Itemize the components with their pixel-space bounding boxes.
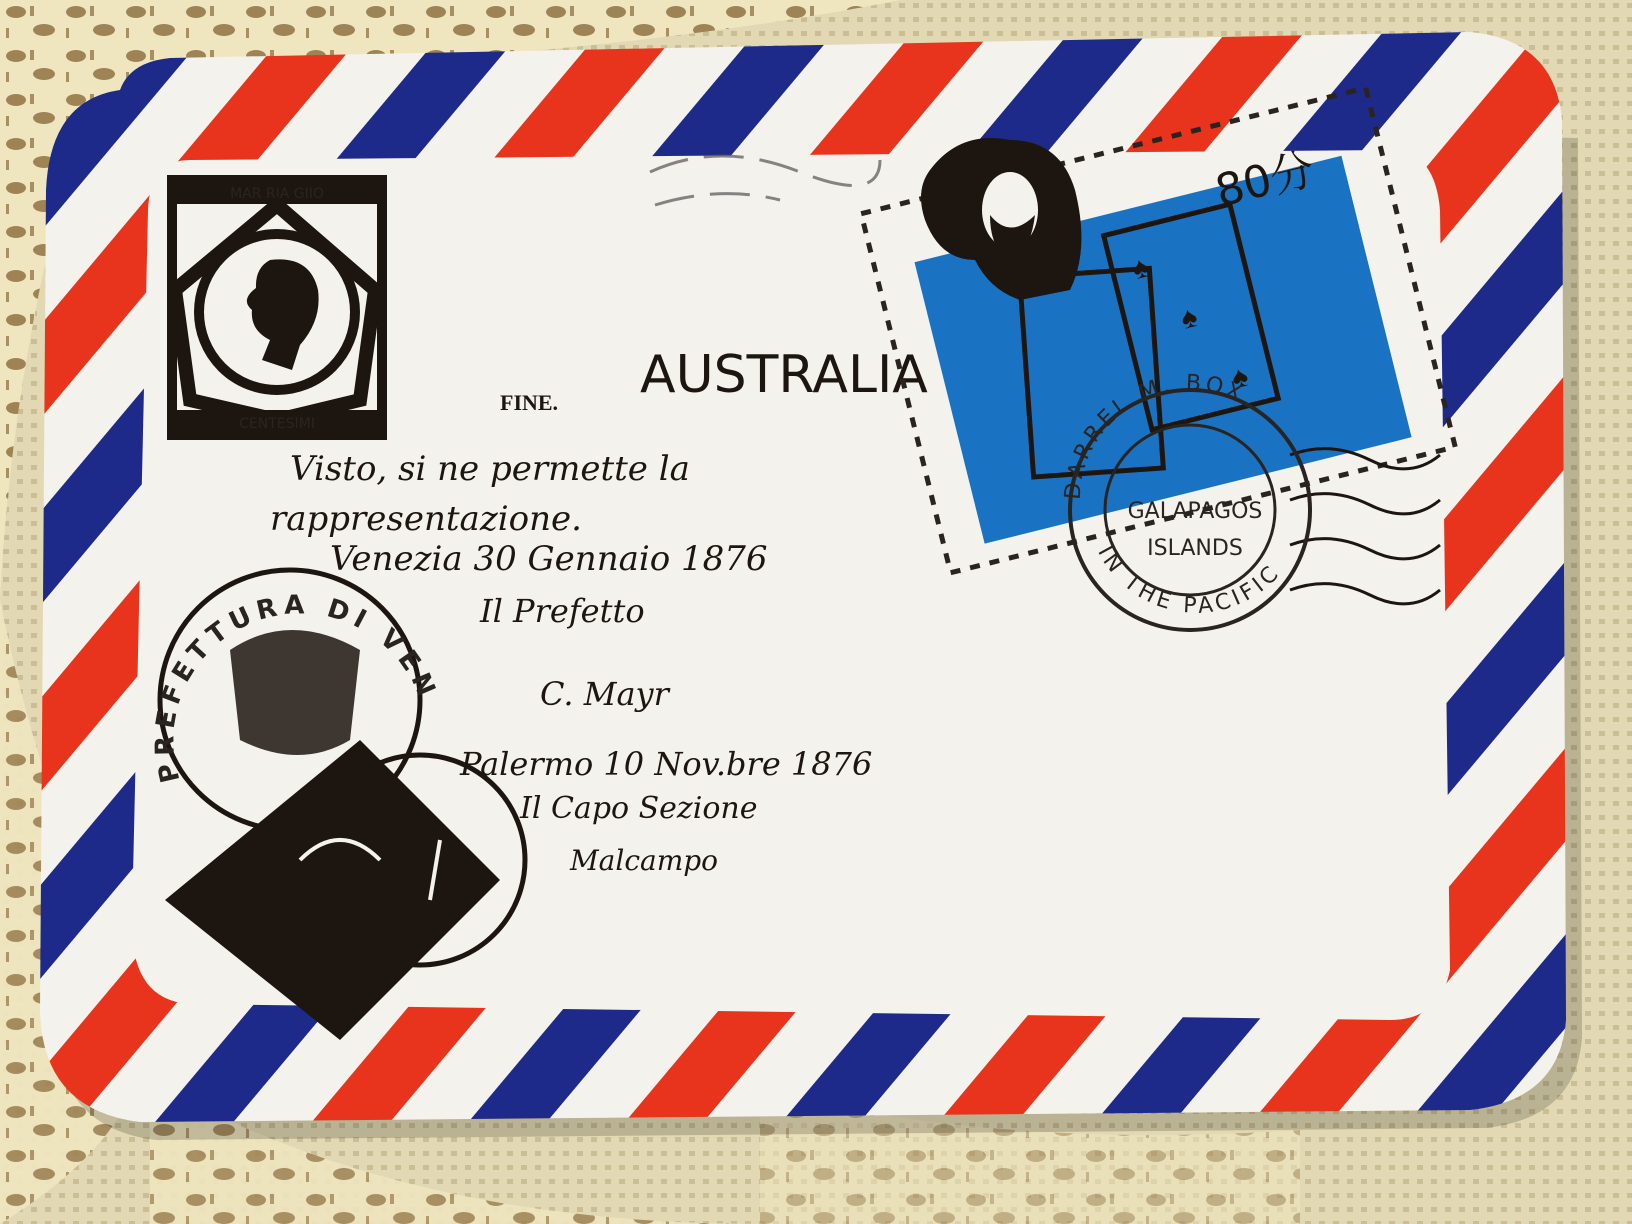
svg-text:Il Capo Sezione: Il Capo Sezione bbox=[519, 791, 757, 826]
destination-label: AUSTRALIA bbox=[640, 345, 928, 405]
crest-icon bbox=[230, 630, 360, 755]
airmail-tin-box: MAR RIA GIIO CENTESIMI FINE. AUSTRALIA ♠… bbox=[0, 0, 1632, 1224]
svg-text:ISLANDS: ISLANDS bbox=[1147, 536, 1243, 561]
svg-text:Malcampo: Malcampo bbox=[569, 844, 718, 877]
fine-label: FINE. bbox=[500, 390, 558, 415]
svg-text:Visto, si ne permette la: Visto, si ne permette la bbox=[290, 449, 690, 489]
svg-text:GALAPAGOS: GALAPAGOS bbox=[1128, 499, 1263, 524]
svg-text:C. Mayr: C. Mayr bbox=[540, 675, 671, 713]
svg-text:Palermo 10 Nov.bre 1876: Palermo 10 Nov.bre 1876 bbox=[459, 745, 872, 783]
svg-text:CENTESIMI: CENTESIMI bbox=[239, 416, 315, 432]
svg-text:Venezia 30 Gennaio 1876: Venezia 30 Gennaio 1876 bbox=[330, 539, 768, 579]
svg-text:rappresentazione.: rappresentazione. bbox=[270, 499, 582, 539]
svg-text:Il Prefetto: Il Prefetto bbox=[479, 592, 645, 630]
